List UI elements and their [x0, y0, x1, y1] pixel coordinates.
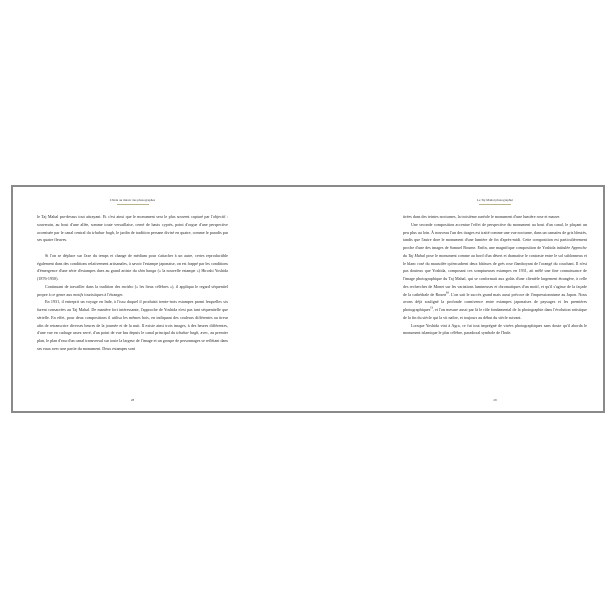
running-head-right: Le Taj Mahal photographié: [403, 198, 587, 205]
left-page: L'Inde au miroir des photographes le Taj…: [37, 187, 228, 411]
paragraph: Une seconde composition accentue l'effet…: [403, 221, 587, 322]
italic-text: shin hanga: [138, 268, 156, 273]
paragraph: tirées dans des teintes nocturnes, la tr…: [403, 213, 587, 221]
text-run: touristiques à l'étranger.: [83, 292, 123, 297]
header-rule: [479, 204, 511, 205]
paragraph: le Taj Mahal par-dessus tout attrayant. …: [37, 213, 228, 244]
running-head-text: L'Inde au miroir des photographes: [110, 198, 155, 202]
italic-text: meisho: [122, 284, 134, 289]
right-page-body: tirées dans des teintes nocturnes, la tr…: [403, 213, 587, 337]
text-run: Une seconde composition accentue l'effet…: [403, 222, 587, 250]
italic-text: tchahar bagh: [176, 330, 198, 335]
italic-text: tchahar bagh: [92, 230, 114, 235]
paragraph: En 1931, il entreprit un voyage en Inde,…: [37, 298, 228, 352]
book-spread: L'Inde au miroir des photographes le Taj…: [11, 185, 605, 413]
text-run: Continuant de travailler dans la traditi…: [45, 284, 122, 289]
text-run: pose le monument comme au bord d'un dése…: [403, 253, 587, 297]
text-run: Lorsque Yoshida vint à Agra, ce fut tout…: [403, 323, 587, 336]
page-number-right: 29: [403, 398, 587, 402]
left-page-body: le Taj Mahal par-dessus tout attrayant. …: [37, 213, 228, 353]
running-head-text: Le Taj Mahal photographié: [477, 198, 513, 202]
folio-text: 28: [131, 398, 134, 402]
text-run: tirées dans des teintes nocturnes, la tr…: [403, 214, 560, 219]
right-page: Le Taj Mahal photographié tirées dans de…: [403, 187, 587, 411]
page-number-left: 28: [37, 398, 228, 402]
running-head-left: L'Inde au miroir des photographes: [37, 198, 228, 205]
header-rule: [117, 204, 149, 205]
paragraph: Continuant de travailler dans la traditi…: [37, 283, 228, 299]
folio-text: 29: [493, 398, 496, 402]
paragraph: Si l'on se déplace sur l'axe du temps et…: [37, 252, 228, 283]
italic-text: motifs: [73, 292, 83, 297]
paragraph: Lorsque Yoshida vint à Agra, ce fut tout…: [403, 322, 587, 338]
